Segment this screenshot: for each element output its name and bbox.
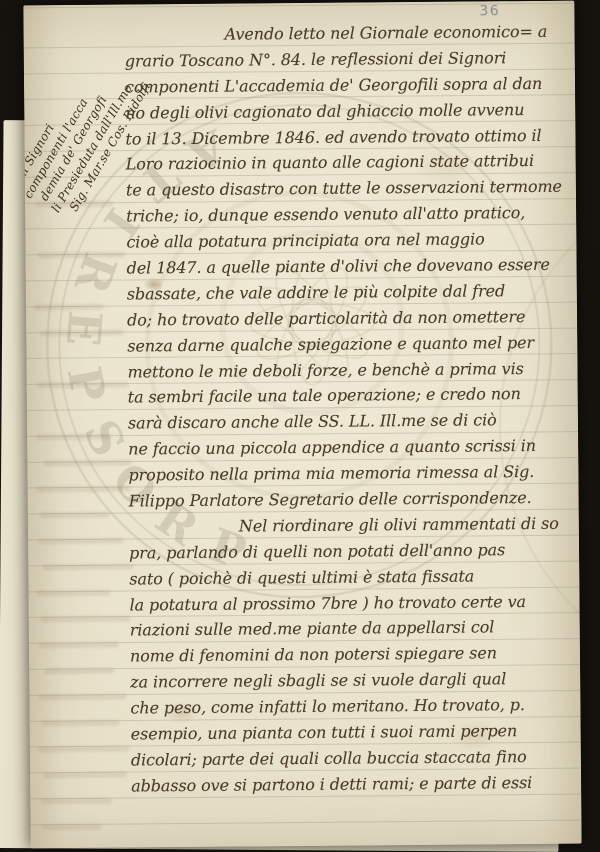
manuscript-line: do; ho trovato delle particolarità da no… bbox=[127, 303, 575, 333]
ink-bleedthrough-mark bbox=[42, 720, 120, 727]
manuscript-line: abbasso ove si partono i detti rami; e p… bbox=[131, 769, 579, 799]
manuscript-line: mettono le mie deboli forze, e benchè a … bbox=[127, 355, 575, 385]
manuscript-line: del 1847. a quelle piante d'olivi che do… bbox=[127, 252, 575, 282]
manuscript-line: sbassate, che vale addire le più colpite… bbox=[127, 278, 575, 308]
manuscript-line: Avendo letto nel Giornale economico= a bbox=[124, 19, 572, 49]
manuscript-line: grario Toscano N°. 84. le reflessioni de… bbox=[125, 45, 573, 75]
manuscript-line: che peso, come infatti lo meritano. Ho t… bbox=[130, 692, 578, 722]
manuscript-line: za incorrere negli sbagli se si vuole da… bbox=[130, 666, 578, 696]
ink-bleedthrough-mark bbox=[43, 459, 131, 466]
ink-bleedthrough-mark bbox=[36, 590, 110, 597]
manuscript-line: cioè alla potatura principiata ora nel m… bbox=[126, 226, 574, 256]
manuscript-line: riazioni sulle med.me piante da appellar… bbox=[130, 614, 578, 644]
manuscript-line: te a questo disastro con tutte le osserv… bbox=[126, 174, 574, 204]
manuscript-line: to il 13. Dicembre 1846. ed avendo trova… bbox=[125, 122, 573, 152]
manuscript-line: componenti L'accademia de' Georgofili so… bbox=[125, 70, 573, 100]
ink-bleedthrough-mark bbox=[40, 798, 112, 805]
ink-bleedthrough-mark bbox=[36, 434, 112, 441]
ink-bleedthrough-mark bbox=[42, 563, 134, 570]
manuscript-line: dicolari; parte dei quali colla buccia s… bbox=[131, 744, 579, 774]
ink-bleedthrough-mark bbox=[34, 304, 104, 311]
watermark-letter: E bbox=[56, 309, 113, 348]
manuscript-line: nome di fenomini da non potersi spiegare… bbox=[130, 640, 578, 670]
manuscript-line: pra, parlando di quelli non potati dell'… bbox=[129, 536, 577, 566]
manuscript-line: ne faccio una piccola appendice a quanto… bbox=[128, 433, 576, 463]
scan-background: PROSPERITA 36 Ill.mi Signoricomponenti l… bbox=[0, 0, 600, 852]
manuscript-line: Loro raziocinio in quanto alle cagioni s… bbox=[126, 148, 574, 178]
ink-bleedthrough-mark bbox=[40, 330, 124, 337]
ink-bleedthrough-mark bbox=[38, 746, 130, 753]
watermark-letter: P bbox=[57, 362, 116, 406]
page-number: 36 bbox=[479, 3, 500, 19]
manuscript-line: proposito nella prima mia memoria rimess… bbox=[128, 459, 576, 489]
manuscript-line: triche; io, dunque essendo venuto all'at… bbox=[126, 200, 574, 230]
manuscript-line: no degli olivi cagionato dal ghiaccio mo… bbox=[125, 96, 573, 126]
ink-bleedthrough-mark bbox=[36, 486, 131, 493]
manuscript-line: senza darne qualche spiegazione e quanto… bbox=[127, 329, 575, 359]
manuscript-page: PROSPERITA 36 Ill.mi Signoricomponenti l… bbox=[23, 1, 581, 849]
ink-bleedthrough-mark bbox=[39, 642, 119, 649]
ink-bleedthrough-mark bbox=[37, 252, 125, 259]
manuscript-line: la potatura al prossimo 7bre ) ho trovat… bbox=[129, 588, 577, 618]
ink-bleedthrough-mark bbox=[43, 772, 127, 779]
letter-body: Avendo letto nel Giornale economico= agr… bbox=[124, 19, 579, 800]
ink-bleedthrough-mark bbox=[40, 512, 110, 519]
manuscript-line: ta sembri facile una tale operazione; e … bbox=[128, 381, 576, 411]
ink-bleedthrough-mark bbox=[38, 538, 124, 545]
manuscript-line: esempio, una pianta con tutti i suoi ram… bbox=[131, 718, 579, 748]
ink-bleedthrough-mark bbox=[41, 616, 131, 623]
manuscript-line: Nel riordinare gli olivi rammentati di s… bbox=[129, 511, 577, 541]
manuscript-line: Filippo Parlatore Segretario delle corri… bbox=[129, 485, 577, 515]
ink-bleedthrough-mark bbox=[38, 694, 126, 701]
watermark-letter: S bbox=[73, 411, 136, 464]
manuscript-line: sarà discaro anche alle SS. LL. Ill.me s… bbox=[128, 407, 576, 437]
ink-bleedthrough-mark bbox=[41, 824, 101, 831]
ink-bleedthrough-mark bbox=[37, 382, 129, 389]
watermark-letter: R bbox=[64, 246, 128, 301]
manuscript-line: sato ( poichè di questi ultimi è stata f… bbox=[129, 562, 577, 592]
ink-bleedthrough-mark bbox=[44, 668, 114, 675]
